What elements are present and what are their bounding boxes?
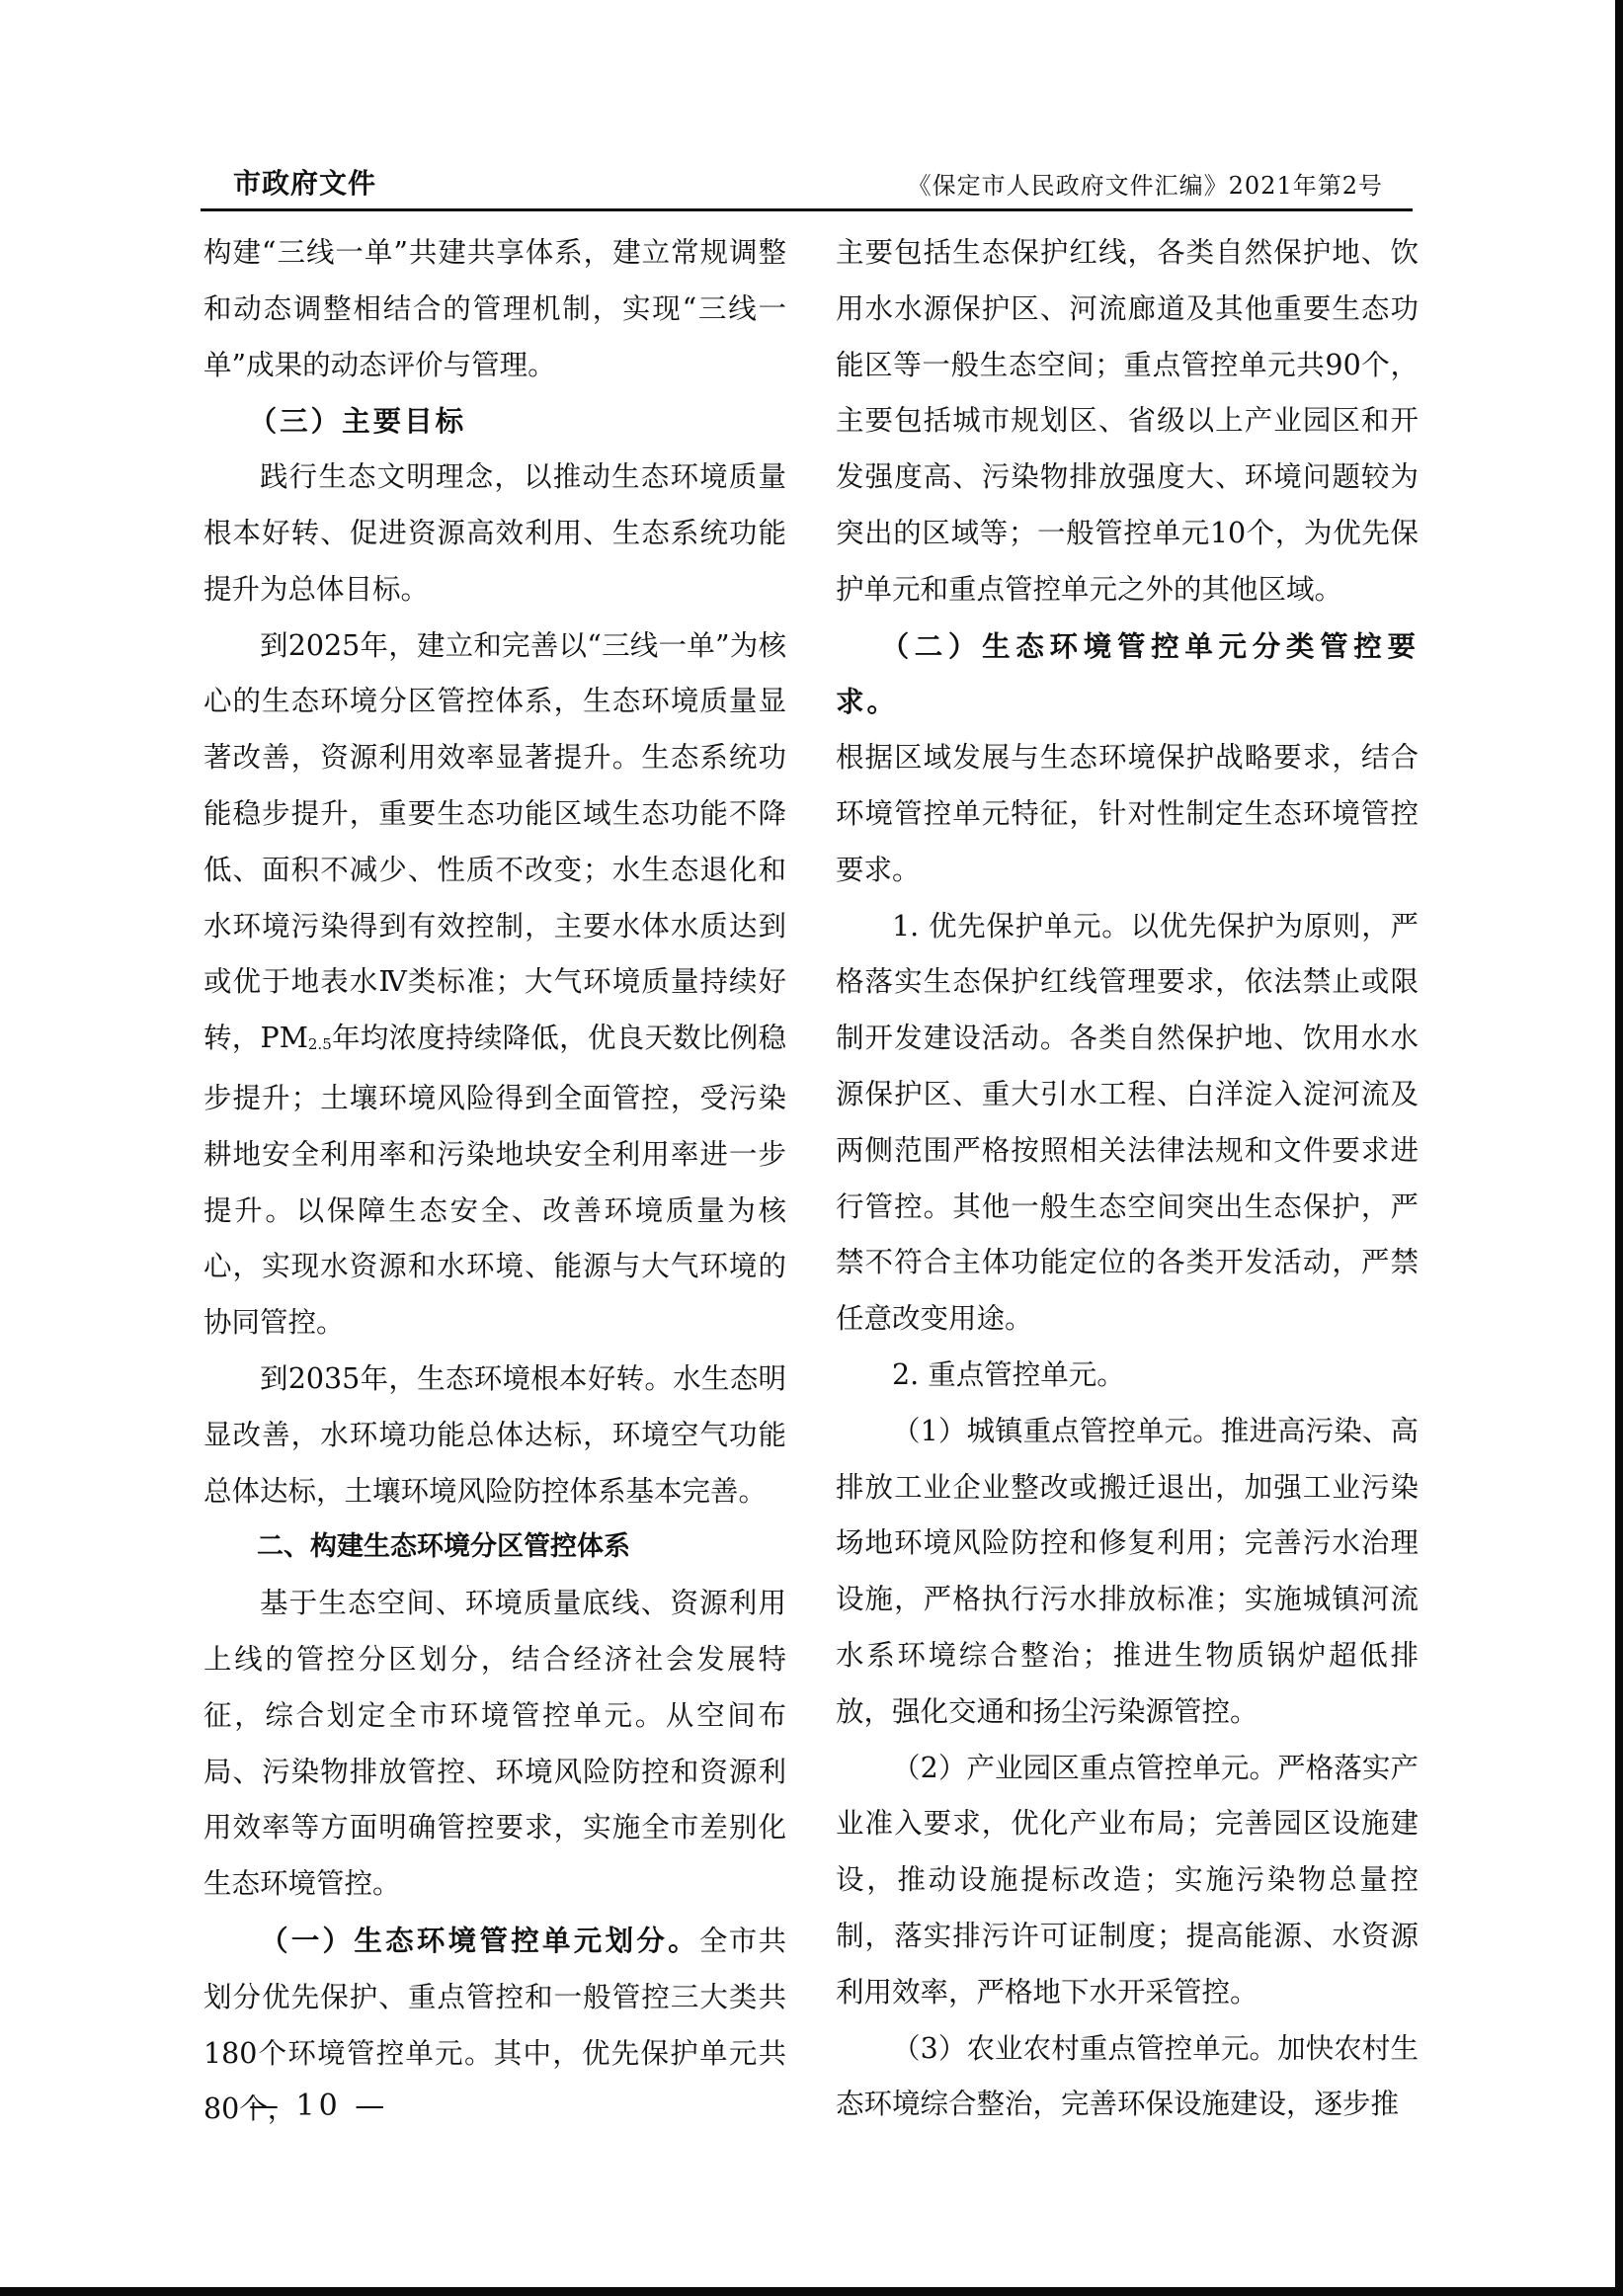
scan-bottom-border (0, 2287, 1623, 2296)
header-rule (201, 208, 1413, 211)
header-publication-title: 《保定市人民政府文件汇编》2021年第2号 (908, 168, 1383, 204)
paragraph-2025-goals: 到2025年，建立和完善以“三线一单”为核心的生态环境分区管控体系，生态环境质量… (203, 618, 786, 1352)
paragraph-priority-protection: 1. 优先保护单元。以优先保护为原则，严格落实生态保护红线管理要求，依法禁止或限… (836, 899, 1419, 1348)
paragraph-2035-goals: 到2035年，生态环境根本好转。水生态明显改善，水环境功能总体达标，环境空气功能… (203, 1352, 786, 1519)
left-column: 构建“三线一单”共建共享体系，建立常规调整和动态调整相结合的管理机制，实现“三线… (203, 225, 786, 2138)
page-number: — 10 — (249, 2087, 388, 2126)
paragraph-agricultural-units: （3）农业农村重点管控单元。加快农村生态环境综合整治，完善环保设施建设，逐步推 (836, 2021, 1419, 2134)
header-section-title: 市政府文件 (233, 164, 376, 204)
scan-right-border (1615, 0, 1623, 2296)
paragraph: 构建“三线一单”共建共享体系，建立常规调整和动态调整相结合的管理机制，实现“三线… (203, 225, 786, 393)
inline-subheading: （一）生态环境管控单元划分。 (260, 1924, 699, 1957)
paragraph: 践行生态文明理念，以推动生态环境质量根本好转、促进资源高效利用、生态系统功能提升… (203, 450, 786, 617)
pm25-subscript: 2.5 (308, 1035, 332, 1053)
section-heading: 二、构建生态环境分区管控体系 (203, 1519, 786, 1576)
paragraph-industrial-park-units: （2）产业园区重点管控单元。严格落实产业准入要求，优化产业布局；完善园区设施建设… (836, 1741, 1419, 2021)
paragraph-key-control: 2. 重点管控单元。 (836, 1348, 1419, 1404)
pm25-label: PM (261, 1022, 308, 1054)
right-column: 主要包括生态保护红线，各类自然保护地、饮用水水源保护区、河流廊道及其他重要生态功… (836, 225, 1419, 2133)
paragraph: 根据区域发展与生态环境保护战略要求，结合环境管控单元特征，针对性制定生态环境管控… (836, 730, 1419, 898)
paragraph-text: 到2025年，建立和完善以“三线一单”为核心的生态环境分区管控体系，生态环境质量… (203, 629, 786, 1055)
paragraph-urban-units: （1）城镇重点管控单元。推进高污染、高排放工业企业整改或搬迁退出，加强工业污染场… (836, 1404, 1419, 1741)
paragraph: 基于生态空间、环境质量底线、资源利用上线的管控分区划分，结合经济社会发展特征，综… (203, 1576, 786, 1913)
paragraph-text: 年均浓度持续降低，优良天数比例稳步提升；土壤环境风险得到全面管控，受污染耕地安全… (203, 1022, 786, 1339)
subheading-requirements: （二）生态环境管控单元分类管控要求。 (836, 618, 1419, 731)
page-header: 市政府文件 《保定市人民政府文件汇编》2021年第2号 (201, 164, 1413, 207)
paragraph: 主要包括生态保护红线，各类自然保护地、饮用水水源保护区、河流廊道及其他重要生态功… (836, 225, 1419, 618)
subheading-main-goals: （三）主要目标 (203, 393, 786, 450)
